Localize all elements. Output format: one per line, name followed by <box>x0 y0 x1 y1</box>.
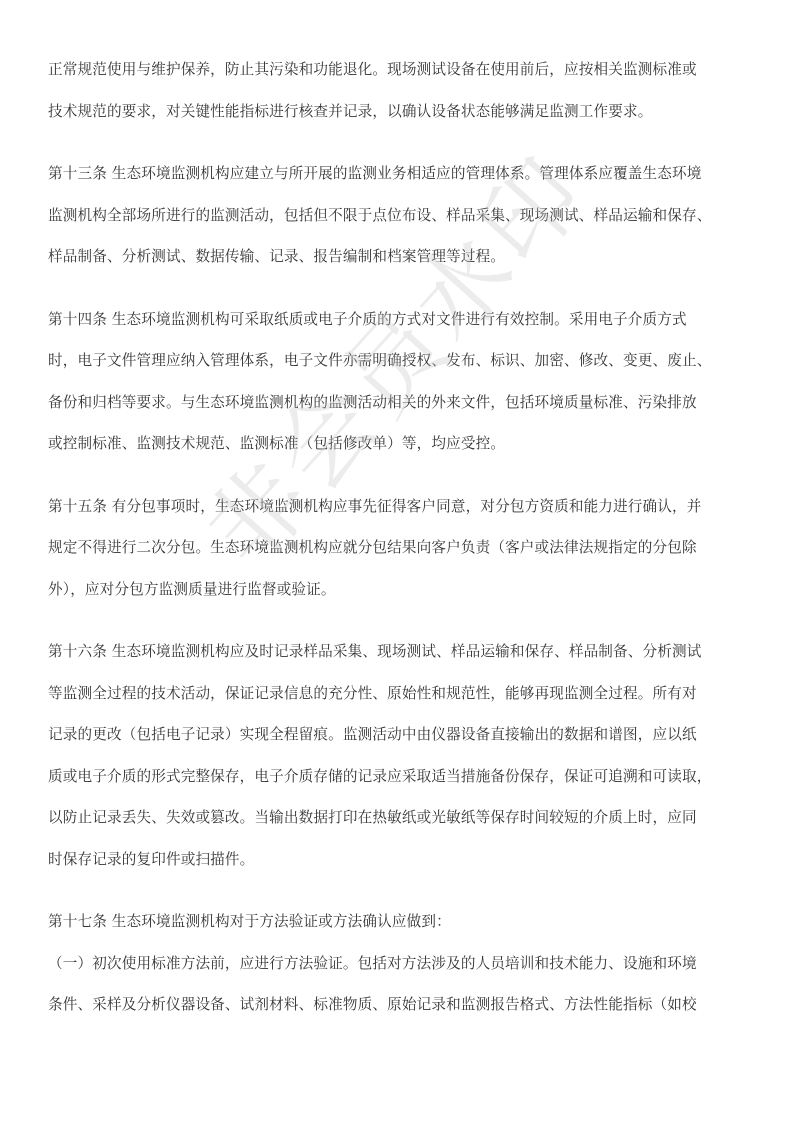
text-line: 规定不得进行二次分包。生态环境监测机构应就分包结果向客户负责（客户或法律法规指定… <box>48 527 748 569</box>
text-line: 第十五条 有分包事项时，生态环境监测机构应事先征得客户同意，对分包方资质和能力进… <box>48 486 748 528</box>
paragraph-continuation: 正常规范使用与维护保养，防止其污染和功能退化。现场测试设备在使用前后，应按相关监… <box>48 49 748 132</box>
text-line: 等监测全过程的技术活动，保证记录信息的充分性、原始性和规范性，能够再现监测全过程… <box>48 673 748 715</box>
article-13: 第十三条 生态环境监测机构应建立与所开展的监测业务相适应的管理体系。管理体系应覆… <box>48 153 748 278</box>
document-page: 正常规范使用与维护保养，防止其污染和功能退化。现场测试设备在使用前后，应按相关监… <box>48 49 748 1047</box>
article-15: 第十五条 有分包事项时，生态环境监测机构应事先征得客户同意，对分包方资质和能力进… <box>48 486 748 611</box>
text-line: 第十七条 生态环境监测机构对于方法验证或方法确认应做到： <box>48 901 748 943</box>
text-line: 质或电子介质的形式完整保存，电子介质存储的记录应采取适当措施备份保存，保证可追溯… <box>48 756 748 798</box>
text-line: 以防止记录丢失、失效或篡改。当输出数据打印在热敏纸或光敏纸等保存时间较短的介质上… <box>48 797 748 839</box>
text-line: 外），应对分包方监测质量进行监督或验证。 <box>48 569 748 611</box>
text-line: 第十四条 生态环境监测机构可采取纸质或电子介质的方式对文件进行有效控制。采用电子… <box>48 299 748 341</box>
text-line: 备份和归档等要求。与生态环境监测机构的监测活动相关的外来文件，包括环境质量标准、… <box>48 382 748 424</box>
text-line: 时，电子文件管理应纳入管理体系，电子文件亦需明确授权、发布、标识、加密、修改、变… <box>48 340 748 382</box>
text-line: 条件、采样及分析仪器设备、试剂材料、标准物质、原始记录和监测报告格式、方法性能指… <box>48 984 748 1026</box>
text-line: 记录的更改（包括电子记录）实现全程留痕。监测活动中由仪器设备直接输出的数据和谱图… <box>48 714 748 756</box>
article-16: 第十六条 生态环境监测机构应及时记录样品采集、现场测试、样品运输和保存、样品制备… <box>48 631 748 880</box>
text-line: 或控制标准、监测技术规范、监测标准（包括修改单）等，均应受控。 <box>48 423 748 465</box>
text-line: 样品制备、分析测试、数据传输、记录、报告编制和档案管理等过程。 <box>48 236 748 278</box>
text-line: （一）初次使用标准方法前，应进行方法验证。包括对方法涉及的人员培训和技术能力、设… <box>48 943 748 985</box>
text-line: 第十三条 生态环境监测机构应建立与所开展的监测业务相适应的管理体系。管理体系应覆… <box>48 153 748 195</box>
text-line: 第十六条 生态环境监测机构应及时记录样品采集、现场测试、样品运输和保存、样品制备… <box>48 631 748 673</box>
article-17: 第十七条 生态环境监测机构对于方法验证或方法确认应做到： （一）初次使用标准方法… <box>48 901 748 1026</box>
text-line: 技术规范的要求，对关键性能指标进行核查并记录，以确认设备状态能够满足监测工作要求… <box>48 91 748 133</box>
text-line: 时保存记录的复印件或扫描件。 <box>48 839 748 881</box>
text-line: 监测机构全部场所进行的监测活动，包括但不限于点位布设、样品采集、现场测试、样品运… <box>48 195 748 237</box>
text-line: 正常规范使用与维护保养，防止其污染和功能退化。现场测试设备在使用前后，应按相关监… <box>48 49 748 91</box>
article-14: 第十四条 生态环境监测机构可采取纸质或电子介质的方式对文件进行有效控制。采用电子… <box>48 299 748 465</box>
